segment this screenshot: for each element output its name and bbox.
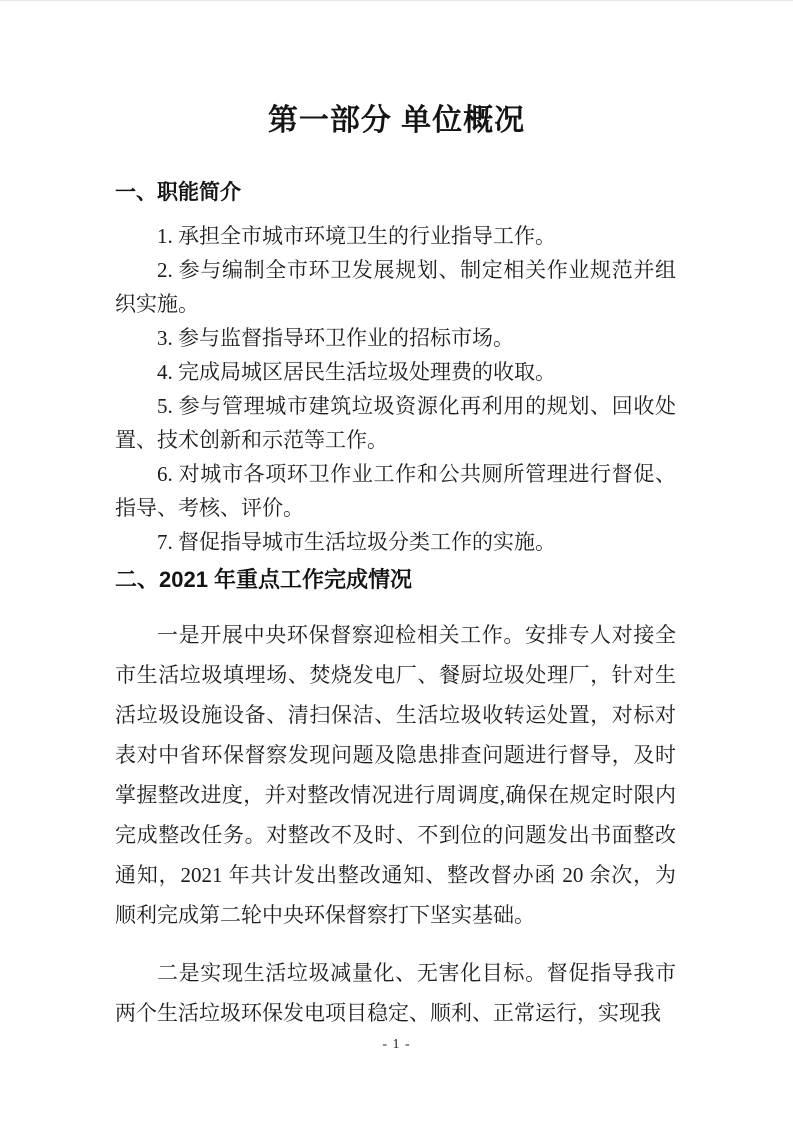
function-item-3: 3. 参与监督指导环卫作业的招标市场。 (115, 321, 676, 355)
function-item-list: 1. 承担全市城市环境卫生的行业指导工作。 2. 参与编制全市环卫发展规划、制定… (115, 219, 676, 559)
function-item-2: 2. 参与编制全市环卫发展规划、制定相关作业规范并组织实施。 (115, 253, 676, 321)
work-paragraph-2: 二是实现生活垃圾减量化、无害化目标。督促指导我市两个生活垃圾环保发电项目稳定、顺… (115, 953, 676, 1033)
section-2-heading: 二、2021 年重点工作完成情况 (115, 567, 676, 593)
document-body: 一、职能简介 1. 承担全市城市环境卫生的行业指导工作。 2. 参与编制全市环卫… (0, 181, 793, 1033)
function-item-6: 6. 对城市各项环卫作业工作和公共厕所管理进行督促、指导、考核、评价。 (115, 457, 676, 525)
document-page: 第一部分 单位概况 一、职能简介 1. 承担全市城市环境卫生的行业指导工作。 2… (0, 0, 793, 1122)
section-1-heading: 一、职能简介 (115, 181, 676, 205)
function-item-4: 4. 完成局城区居民生活垃圾处理费的收取。 (115, 355, 676, 389)
work-paragraph-1: 一是开展中央环保督察迎检相关工作。安排专人对接全市生活垃圾填埋场、焚烧发电厂、餐… (115, 615, 676, 935)
function-item-1: 1. 承担全市城市环境卫生的行业指导工作。 (115, 219, 676, 253)
function-item-5: 5. 参与管理城市建筑垃圾资源化再利用的规划、回收处置、技术创新和示范等工作。 (115, 389, 676, 457)
function-item-7: 7. 督促指导城市生活垃圾分类工作的实施。 (115, 525, 676, 559)
page-number: - 1 - (0, 1037, 793, 1053)
document-title: 第一部分 单位概况 (0, 101, 793, 141)
